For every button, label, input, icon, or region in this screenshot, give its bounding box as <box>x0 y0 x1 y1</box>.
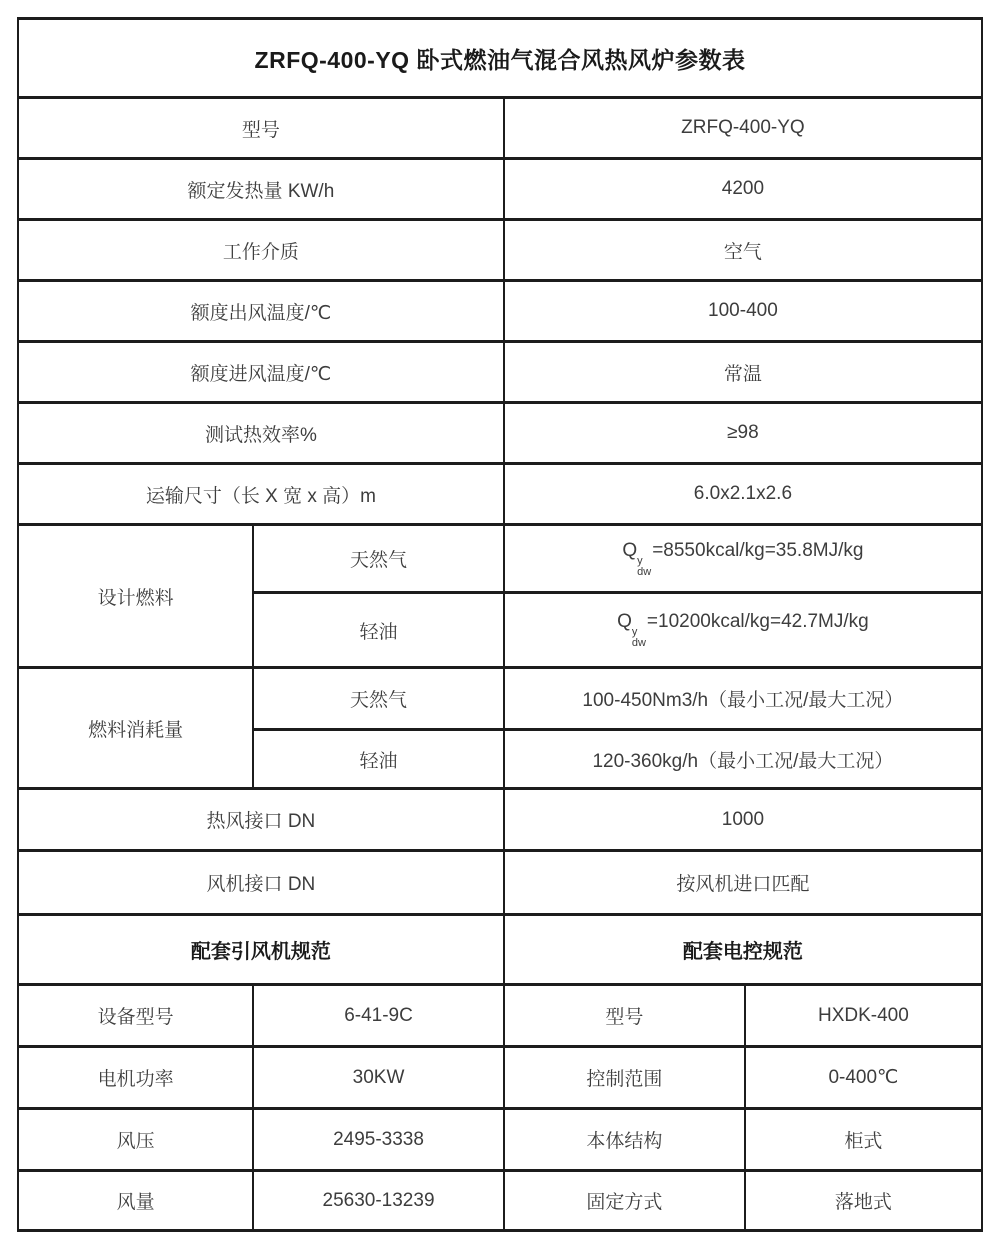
fan-spec-section-header: 配套引风机规范 <box>18 915 504 985</box>
design-fuel-gas-value: Qydw=8550kcal/kg=35.8MJ/kg <box>504 525 982 593</box>
q-rest: =8550kcal/kg=35.8MJ/kg <box>652 540 863 561</box>
table-row: 运输尺寸（长 X 宽 x 高）m 6.0x2.1x2.6 <box>18 464 982 525</box>
fuel-consumption-gas-value: 100-450Nm3/h（最小工况/最大工况） <box>504 668 982 730</box>
fuel-consumption-group-label: 燃料消耗量 <box>18 668 253 789</box>
design-fuel-oil-label: 轻油 <box>253 593 504 668</box>
wind-pressure-value: 2495-3338 <box>253 1109 504 1171</box>
control-model-value: HXDK-400 <box>745 985 982 1047</box>
table-row: 风压 2495-3338 本体结构 柜式 <box>18 1109 982 1171</box>
table-row: 风量 25630-13239 固定方式 落地式 <box>18 1171 982 1231</box>
mounting-method-label: 固定方式 <box>504 1171 745 1231</box>
model-label: 型号 <box>18 98 504 159</box>
fan-port-value: 按风机进口匹配 <box>504 851 982 915</box>
q-superscript: y <box>637 556 643 567</box>
body-structure-label: 本体结构 <box>504 1109 745 1171</box>
thermal-efficiency-label: 测试热效率% <box>18 403 504 464</box>
control-range-value: 0-400℃ <box>745 1047 982 1109</box>
model-value: ZRFQ-400-YQ <box>504 98 982 159</box>
design-fuel-gas-label: 天然气 <box>253 525 504 593</box>
q-subscript: dw <box>637 567 651 578</box>
fuel-consumption-oil-label: 轻油 <box>253 730 504 789</box>
table-row: 额度出风温度/℃ 100-400 <box>18 281 982 342</box>
hot-air-port-value: 1000 <box>504 789 982 851</box>
transport-size-value: 6.0x2.1x2.6 <box>504 464 982 525</box>
design-fuel-oil-value: Qydw=10200kcal/kg=42.7MJ/kg <box>504 593 982 668</box>
table-row: 测试热效率% ≥98 <box>18 403 982 464</box>
transport-size-label: 运输尺寸（长 X 宽 x 高）m <box>18 464 504 525</box>
rated-heat-label: 额定发热量 KW/h <box>18 159 504 220</box>
outlet-temp-value: 100-400 <box>504 281 982 342</box>
table-row: ZRFQ-400-YQ 卧式燃油气混合风热风炉参数表 <box>18 19 982 98</box>
table-title: ZRFQ-400-YQ 卧式燃油气混合风热风炉参数表 <box>18 19 982 98</box>
table-row: 配套引风机规范 配套电控规范 <box>18 915 982 985</box>
table-row: 电机功率 30KW 控制范围 0-400℃ <box>18 1047 982 1109</box>
q-sup-sub: ydw <box>632 627 646 649</box>
fuel-consumption-oil-value: 120-360kg/h（最小工况/最大工况） <box>504 730 982 789</box>
rated-heat-value: 4200 <box>504 159 982 220</box>
motor-power-label: 电机功率 <box>18 1047 253 1109</box>
table-row: 额定发热量 KW/h 4200 <box>18 159 982 220</box>
table-row: 设备型号 6-41-9C 型号 HXDK-400 <box>18 985 982 1047</box>
table-row: 工作介质 空气 <box>18 220 982 281</box>
control-range-label: 控制范围 <box>504 1047 745 1109</box>
fan-port-label: 风机接口 DN <box>18 851 504 915</box>
q-base: Q <box>617 611 632 632</box>
table-row: 燃料消耗量 天然气 100-450Nm3/h（最小工况/最大工况） <box>18 668 982 730</box>
thermal-efficiency-value: ≥98 <box>504 403 982 464</box>
parameter-sheet: ZRFQ-400-YQ 卧式燃油气混合风热风炉参数表 型号 ZRFQ-400-Y… <box>0 0 1000 1238</box>
working-medium-label: 工作介质 <box>18 220 504 281</box>
outlet-temp-label: 额度出风温度/℃ <box>18 281 504 342</box>
wind-pressure-label: 风压 <box>18 1109 253 1171</box>
table-row: 热风接口 DN 1000 <box>18 789 982 851</box>
table-row: 风机接口 DN 按风机进口匹配 <box>18 851 982 915</box>
table-row: 型号 ZRFQ-400-YQ <box>18 98 982 159</box>
table-row: 额度进风温度/℃ 常温 <box>18 342 982 403</box>
hot-air-port-label: 热风接口 DN <box>18 789 504 851</box>
device-model-label: 设备型号 <box>18 985 253 1047</box>
inlet-temp-value: 常温 <box>504 342 982 403</box>
q-sup-sub: ydw <box>637 556 651 578</box>
design-fuel-group-label: 设计燃料 <box>18 525 253 668</box>
working-medium-value: 空气 <box>504 220 982 281</box>
motor-power-value: 30KW <box>253 1047 504 1109</box>
body-structure-value: 柜式 <box>745 1109 982 1171</box>
air-volume-value: 25630-13239 <box>253 1171 504 1231</box>
q-subscript: dw <box>632 638 646 649</box>
device-model-value: 6-41-9C <box>253 985 504 1047</box>
table-row: 设计燃料 天然气 Qydw=8550kcal/kg=35.8MJ/kg <box>18 525 982 593</box>
control-spec-section-header: 配套电控规范 <box>504 915 982 985</box>
control-model-label: 型号 <box>504 985 745 1047</box>
q-rest: =10200kcal/kg=42.7MJ/kg <box>647 611 869 632</box>
furnace-parameter-table: ZRFQ-400-YQ 卧式燃油气混合风热风炉参数表 型号 ZRFQ-400-Y… <box>17 17 983 1232</box>
mounting-method-value: 落地式 <box>745 1171 982 1231</box>
air-volume-label: 风量 <box>18 1171 253 1231</box>
q-base: Q <box>622 540 637 561</box>
fuel-consumption-gas-label: 天然气 <box>253 668 504 730</box>
inlet-temp-label: 额度进风温度/℃ <box>18 342 504 403</box>
